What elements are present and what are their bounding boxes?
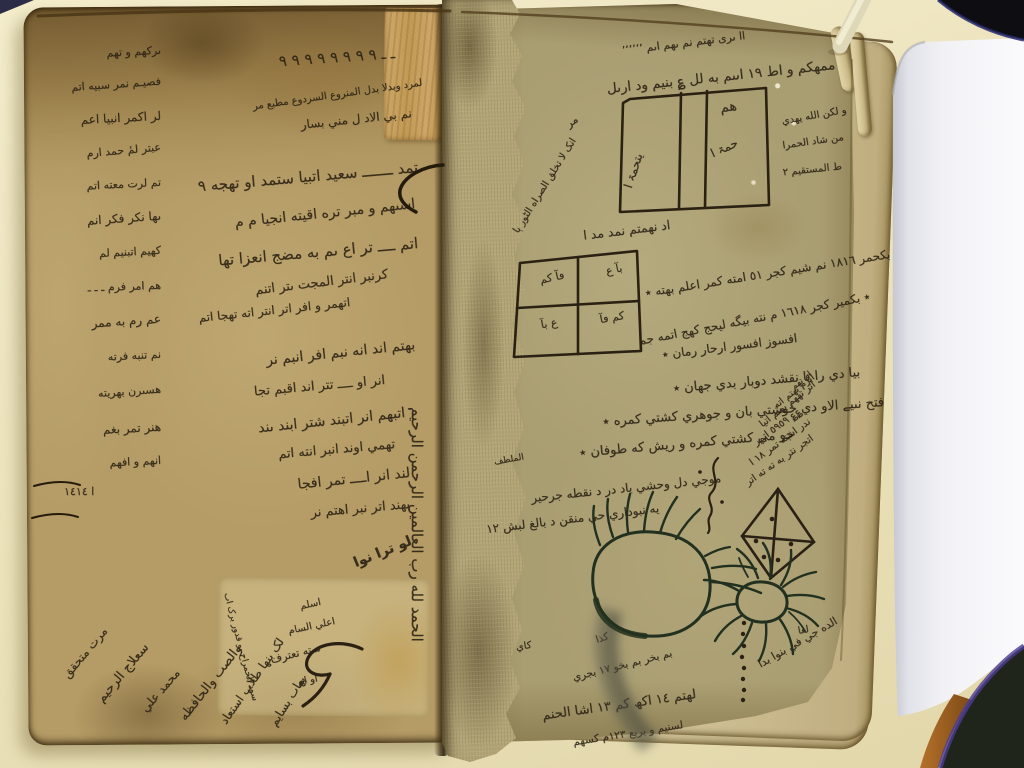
- date-numeral: ا ١٤١٤: [64, 486, 94, 498]
- navy-edge-top-right: [938, 0, 1024, 40]
- manuscript-photo-scene: ـ ـ ٩ ٩ ٩ ٩ ٩ ٩ ٩ ٩ لمرد وبدلا بدل المنر…: [0, 0, 1024, 768]
- label-kay: کاي: [515, 641, 532, 654]
- dark-background-bottom-right: [940, 646, 1024, 768]
- dark-background-top-right: [938, 0, 1024, 40]
- wooden-table-edge: [920, 694, 972, 768]
- sheet-edge-shadow: [893, 42, 925, 95]
- white-paper-sheet: [893, 38, 1024, 716]
- vertical-margin-annotation: الحمد لله رب العالمين الرحمن الرحيم: [408, 212, 424, 642]
- purple-edge-bottom-right: [940, 646, 1024, 768]
- table-cell-text: هم: [719, 99, 738, 116]
